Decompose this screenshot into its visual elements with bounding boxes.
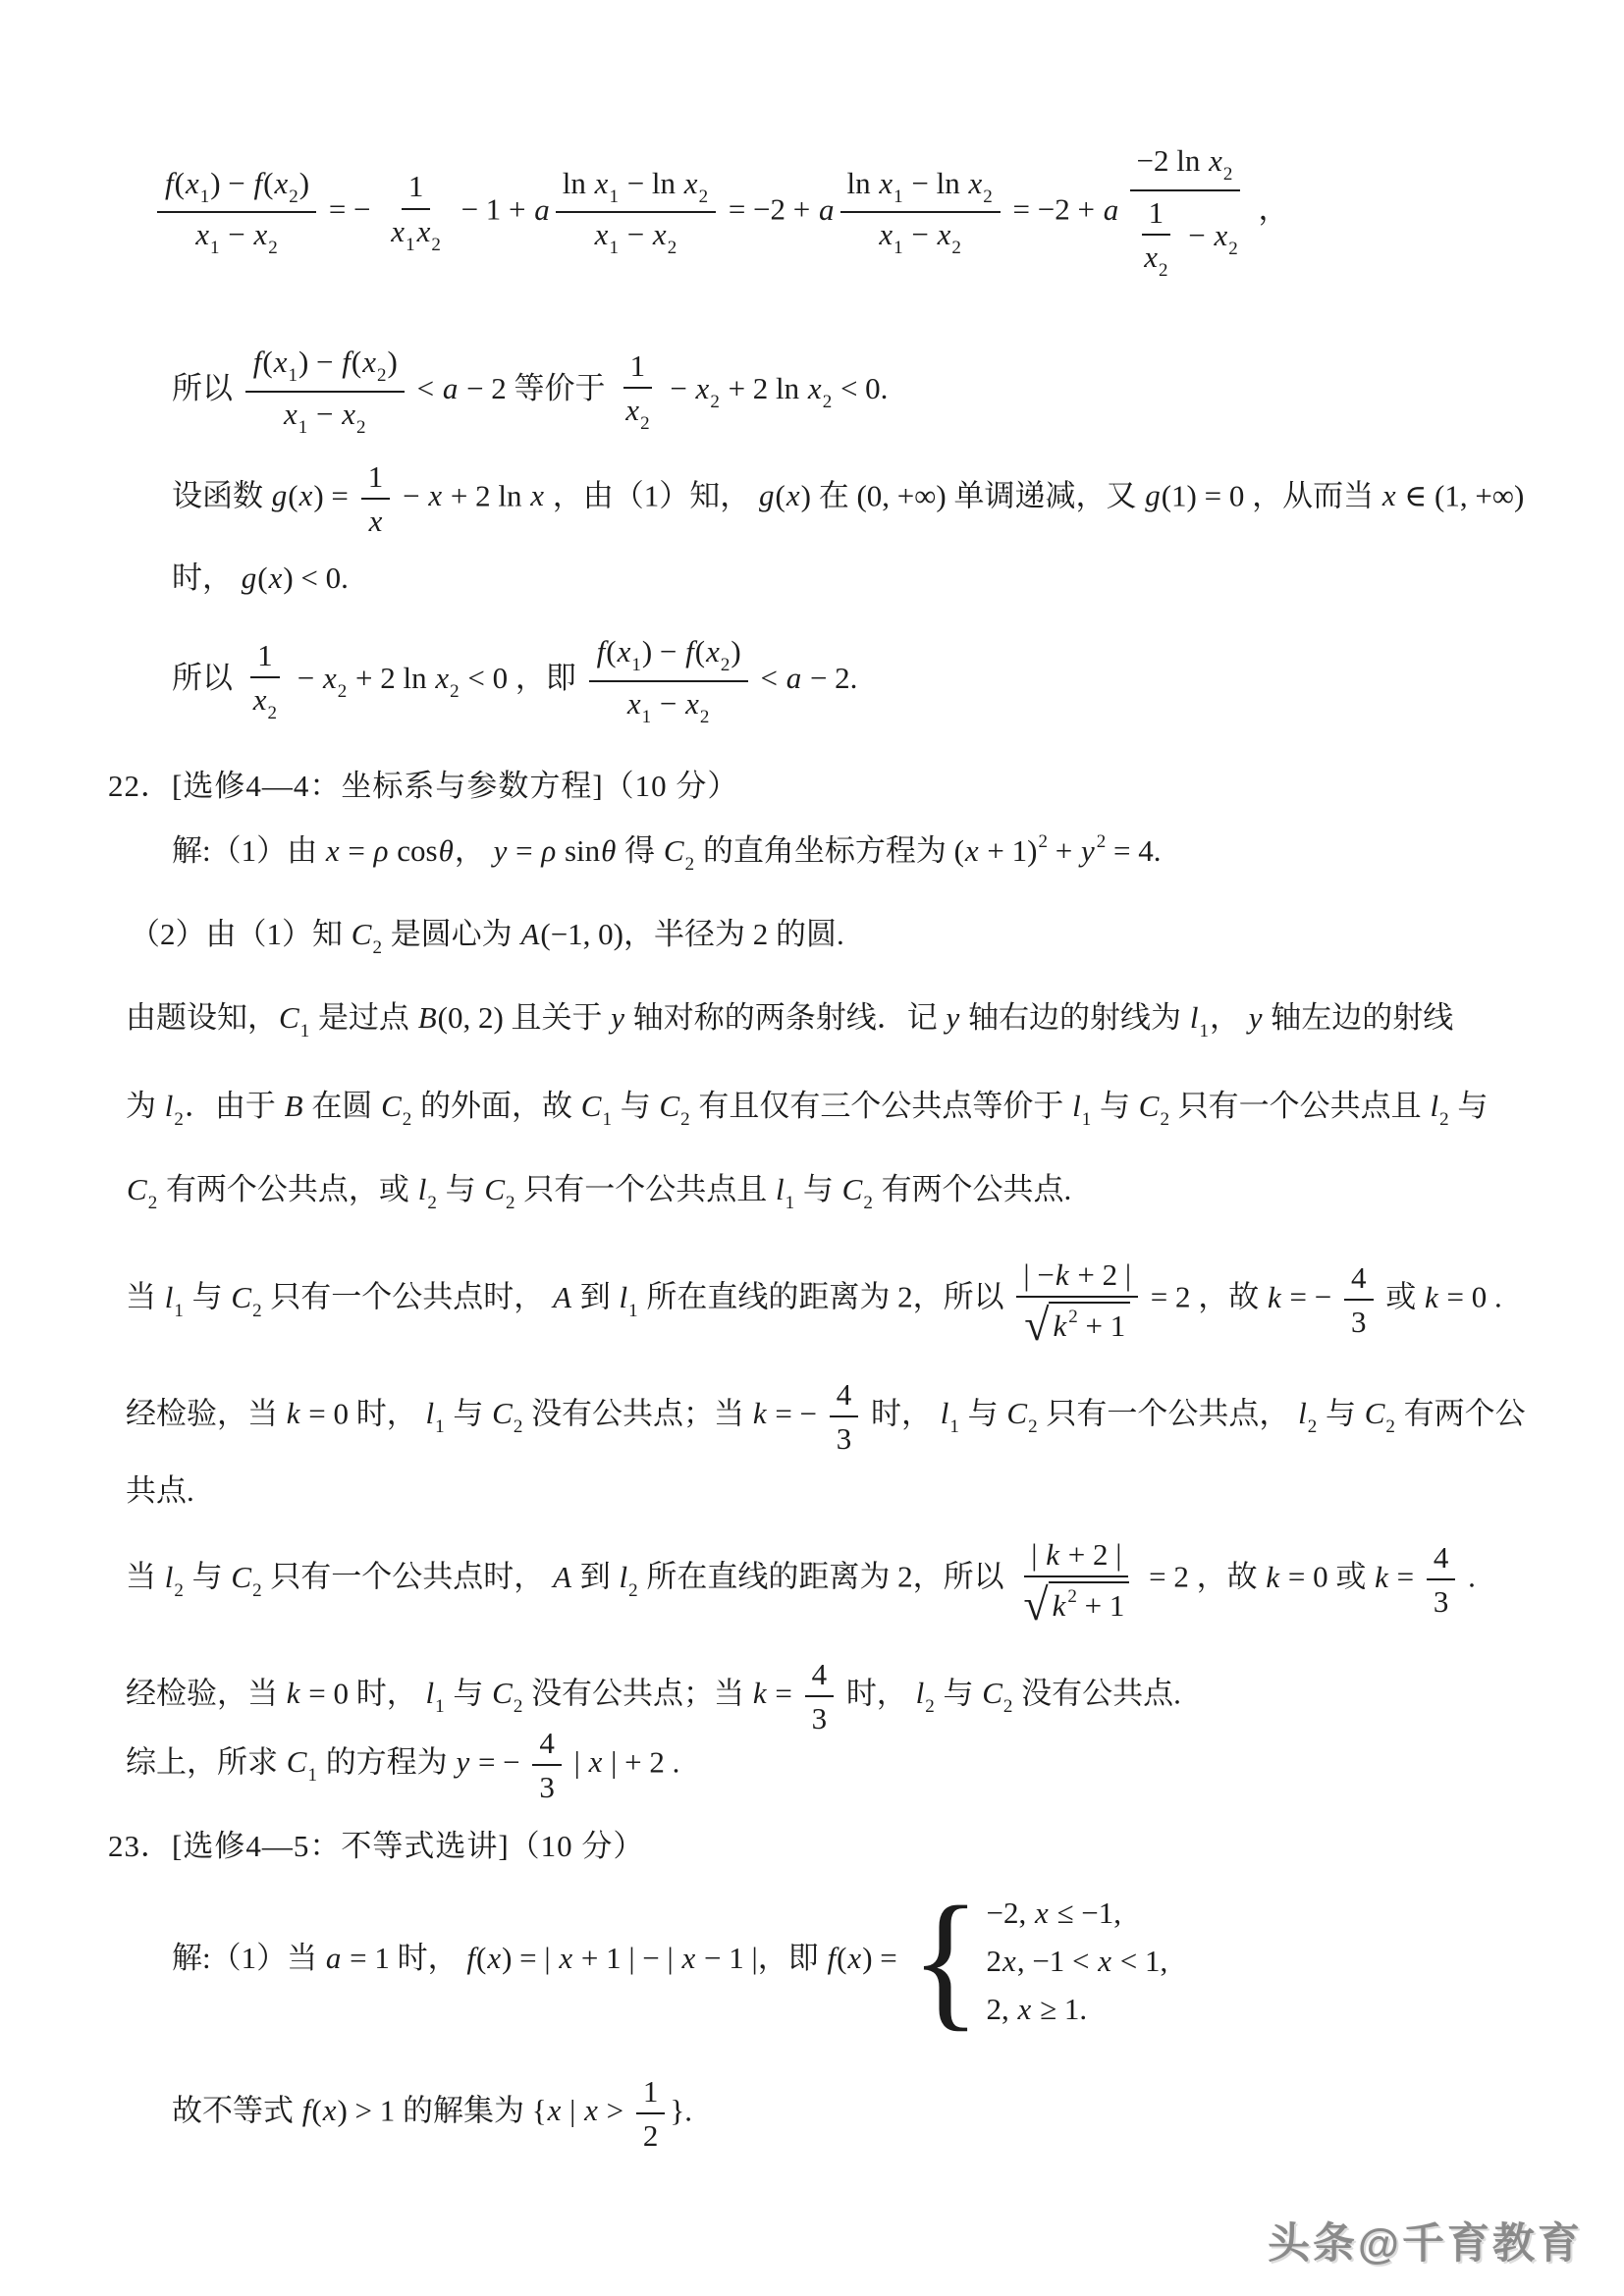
math-radicand: k2 + 1 — [1049, 1581, 1130, 1624]
math-subscript: 1 — [200, 187, 211, 207]
math-text: | — [567, 1744, 588, 1779]
math-variable: g — [758, 478, 776, 512]
math-subscript: 2 — [721, 655, 731, 675]
math-numerator: 1 — [636, 2073, 666, 2114]
math-text: 只有一个公共点且 — [516, 1172, 776, 1206]
math-text: ) = — [862, 1941, 904, 1975]
math-variable: x — [1381, 478, 1397, 512]
math-text: 设函数 — [172, 478, 271, 512]
math-numerator: f(x1) − f(x2) — [157, 165, 316, 214]
math-text: 与 — [185, 1280, 231, 1314]
math-text: 1 — [257, 638, 273, 672]
math-variable: x — [529, 478, 545, 512]
math-variable: C — [230, 1280, 252, 1314]
math-text: − — [652, 686, 684, 721]
math-subscript: 2 — [268, 238, 279, 258]
math-text: + 2 ln — [721, 371, 807, 405]
math-text: ) — [388, 345, 398, 379]
math-text: 所在直线的距离为 2，所以 — [639, 1280, 1012, 1314]
math-text: = — [768, 1676, 800, 1710]
math-subscript: 1 — [174, 1301, 185, 1321]
math-subscript: 2 — [1439, 1109, 1450, 1130]
math-variable: l — [164, 1560, 175, 1594]
math-text: (−1, 0)，半径为 2 的圆. — [540, 917, 843, 951]
math-denominator: x1 − x2 — [276, 393, 374, 440]
math-fraction: 1x1x2 — [383, 168, 449, 256]
math-superscript: 2 — [1067, 1307, 1078, 1327]
math-subscript: 2 — [1308, 1416, 1319, 1437]
math-numerator: 1 — [250, 637, 280, 678]
math-variable: x — [322, 661, 338, 695]
math-variable: k — [752, 1396, 768, 1430]
math-text: （2）由（1）知 — [130, 917, 351, 951]
math-variable: x — [1143, 240, 1159, 274]
math-denominator: 3 — [830, 1417, 859, 1457]
math-numerator: 4 — [1427, 1539, 1456, 1580]
math-subscript: 1 — [1199, 1021, 1210, 1041]
math-numerator: ln x1 − ln x2 — [840, 165, 1001, 214]
math-text: 是圆心为 — [383, 917, 520, 951]
math-variable: k — [752, 1676, 768, 1710]
math-variable: x — [807, 371, 823, 405]
formula-line-11: C2 有两个公共点，或 l2 与 C2 只有一个公共点且 l1 与 C2 有两个… — [126, 1171, 1071, 1215]
math-text: 是过点 — [310, 1000, 417, 1035]
math-variable: k — [1267, 1280, 1282, 1314]
math-variable: C — [580, 1089, 603, 1123]
math-variable: x — [268, 561, 284, 595]
math-variable: x — [283, 397, 298, 431]
math-subscript: 2 — [431, 235, 442, 255]
math-text: 到 — [572, 1560, 619, 1594]
math-subscript: 1 — [609, 238, 620, 258]
math-text: 有两个公共点. — [874, 1172, 1072, 1206]
math-text: 的直角坐标方程为 ( — [695, 833, 964, 868]
math-case-row: 2x, −1 < x < 1, — [987, 1943, 1168, 1981]
math-text: 3 — [812, 1701, 828, 1735]
math-text: 2, — [987, 1992, 1017, 2026]
math-numerator: 4 — [1344, 1259, 1374, 1301]
math-subscript: 1 — [893, 187, 904, 207]
math-text: − — [395, 478, 427, 512]
math-numerator: 1 — [623, 347, 653, 389]
math-text: > — [599, 2093, 631, 2127]
math-text: 解:（1）当 — [172, 1941, 325, 1975]
math-case-row: −2, x ≤ −1, — [987, 1895, 1168, 1933]
formula-line-20: 故不等式 f(x) > 1 的解集为 {x | x > 12}. — [172, 2073, 692, 2154]
math-text: 与 — [1318, 1396, 1364, 1430]
math-variable: C — [230, 1560, 252, 1594]
math-variable: x — [968, 166, 984, 200]
math-variable: g — [1144, 478, 1162, 512]
math-variable: y — [493, 833, 509, 868]
math-text: ) − — [642, 634, 684, 668]
math-text: ( — [257, 561, 267, 595]
math-text: (1) = 0 ，从而当 — [1162, 478, 1381, 512]
math-subscript: 1 — [893, 238, 904, 258]
math-variable: x — [878, 217, 893, 251]
math-text: ( — [311, 2093, 321, 2127]
math-variable: x — [547, 2093, 563, 2127]
math-text: | — [562, 2093, 583, 2127]
math-text: ln — [847, 166, 879, 200]
math-text: + 2 | — [1060, 1537, 1121, 1572]
math-subscript: 2 — [338, 681, 349, 702]
math-text: = — [508, 833, 540, 868]
math-text: ( — [837, 1941, 846, 1975]
math-subscript: 2 — [377, 365, 388, 386]
math-text: = 1 时， — [342, 1941, 465, 1975]
math-variable: B — [417, 1000, 438, 1035]
math-variable: C — [351, 917, 373, 951]
math-text: 只有一个公共点， — [1039, 1396, 1298, 1430]
math-denominator: x2 — [245, 678, 285, 725]
math-text: 时， — [172, 561, 241, 595]
math-subscript: 1 — [298, 417, 309, 438]
math-subscript: 1 — [300, 1021, 311, 1041]
math-denominator: x2 — [1136, 236, 1175, 283]
math-text: 时， — [863, 1396, 940, 1430]
math-subscript: 2 — [1385, 1416, 1396, 1437]
math-subscript: 2 — [668, 238, 678, 258]
math-variable: x — [341, 397, 356, 431]
math-text: | + 2 . — [603, 1744, 679, 1779]
math-text: ( — [262, 345, 272, 379]
math-variable: x — [273, 166, 289, 200]
math-numerator: 1 — [361, 458, 391, 500]
math-text: ln — [563, 166, 594, 200]
math-text: = — [341, 833, 373, 868]
math-fraction: 1x2 — [245, 637, 285, 725]
math-variable: C — [1138, 1089, 1161, 1123]
math-variable: l — [164, 1280, 175, 1314]
math-text: = − — [321, 192, 378, 227]
math-variable: f — [465, 1941, 476, 1975]
math-text: − 2 等价于 — [459, 371, 613, 405]
math-variable: k — [1052, 1588, 1067, 1623]
math-denominator: 3 — [1344, 1301, 1374, 1340]
math-variable: x — [964, 833, 980, 868]
math-fraction: f(x1) − f(x2)x1 − x2 — [157, 165, 316, 261]
math-text: 与 — [185, 1560, 231, 1594]
math-variable: f — [253, 166, 264, 200]
math-subscript: 2 — [427, 1193, 438, 1213]
math-subscript: 1 — [631, 655, 642, 675]
math-text: ( — [288, 478, 298, 512]
formula-line-7: 解:（1）由 x = ρ cosθ， y = ρ sinθ 得 C2 的直角坐标… — [172, 830, 1161, 877]
math-fraction: 43 — [532, 1725, 562, 1805]
math-text: − 1 + — [454, 192, 533, 227]
math-cases: {−2, x ≤ −1,2x, −1 < x < 1,2, x ≥ 1. — [911, 1895, 1168, 2028]
math-denominator: x1x2 — [383, 210, 449, 257]
math-variable: x — [846, 1941, 862, 1975]
math-text: −2, — [987, 1896, 1034, 1930]
math-variable: x — [1001, 1944, 1017, 1978]
math-variable: f — [684, 634, 695, 668]
math-text: − — [308, 397, 341, 431]
math-superscript: 2 — [1066, 1586, 1077, 1607]
math-text: −2 ln — [1137, 143, 1209, 178]
math-variable: x — [558, 1941, 573, 1975]
math-text: 3 — [539, 1770, 555, 1804]
math-subscript: 2 — [148, 1193, 159, 1213]
math-text: − — [221, 217, 253, 251]
math-variable: C — [491, 1676, 514, 1710]
math-text: ， — [1251, 192, 1289, 227]
math-text: = — [1389, 1560, 1422, 1594]
radical-sign-icon: √ — [1023, 1583, 1048, 1627]
math-text: 1 — [1149, 195, 1164, 230]
math-subscript: 2 — [252, 1580, 263, 1601]
math-variable: f — [596, 634, 607, 668]
math-subscript: 2 — [514, 1696, 524, 1717]
math-variable: x — [1097, 1944, 1112, 1978]
math-subscript: 2 — [628, 1580, 639, 1601]
math-subscript: 2 — [1160, 1109, 1170, 1130]
math-variable: k — [286, 1676, 301, 1710]
math-text: 4 — [539, 1726, 555, 1760]
math-text: | — [1031, 1537, 1045, 1572]
math-variable: C — [841, 1172, 864, 1206]
math-subscript: 2 — [174, 1109, 185, 1130]
math-subscript: 1 — [435, 1696, 446, 1717]
math-text: 2 — [987, 1944, 1002, 1978]
math-variable: k — [286, 1396, 301, 1430]
math-subscript: 1 — [609, 187, 620, 207]
math-text: ( — [606, 634, 616, 668]
math-variable: k — [1045, 1537, 1060, 1572]
math-subscript: 1 — [628, 1301, 639, 1321]
math-text: ( — [476, 1941, 486, 1975]
math-variable: l — [619, 1280, 629, 1314]
math-variable: l — [164, 1089, 175, 1123]
math-text: + 1) — [980, 833, 1038, 868]
math-text: (0, 2) 且关于 — [438, 1000, 611, 1035]
math-variable: g — [271, 478, 289, 512]
formula-line-1: f(x1) − f(x2)x1 − x2 = − 1x1x2 − 1 + aln… — [152, 142, 1289, 283]
math-text: 当 — [126, 1560, 164, 1594]
math-numerator: | k + 2 | — [1024, 1536, 1128, 1577]
math-variable: x — [273, 345, 289, 379]
math-subscript: 2 — [1159, 260, 1169, 281]
math-text: = − — [768, 1396, 825, 1430]
math-fraction: 1x2 — [1136, 194, 1175, 283]
math-subscript: 2 — [403, 1109, 413, 1130]
math-variable: y — [1248, 1000, 1264, 1035]
math-text: 1 — [408, 169, 424, 203]
math-subscript: 1 — [642, 707, 653, 727]
math-fraction: 1x2 — [618, 347, 657, 436]
math-superscript: 2 — [1037, 831, 1048, 852]
question-22-heading: 22．[选修4—4：坐标系与参数方程]（10 分） — [108, 768, 738, 806]
math-variable: C — [286, 1744, 308, 1779]
math-denominator: 3 — [1427, 1580, 1456, 1620]
math-text: | − — [1023, 1257, 1054, 1292]
math-subscript: 2 — [640, 413, 651, 434]
math-variable: C — [1005, 1396, 1028, 1430]
math-variable: A — [552, 1280, 572, 1314]
math-variable: x — [486, 1941, 502, 1975]
math-text: ) > 1 的解集为 { — [337, 2093, 546, 2127]
math-text: 轴对称的两条射线．记 — [625, 1000, 946, 1035]
math-denominator: x1 − x2 — [188, 213, 286, 260]
math-text: < 0. — [833, 371, 888, 405]
math-text: 的方程为 — [318, 1744, 456, 1779]
math-subscript: 2 — [174, 1580, 185, 1601]
math-variable: f — [252, 345, 263, 379]
math-text: 或 — [1379, 1280, 1425, 1314]
math-text: < 1, — [1112, 1944, 1167, 1978]
math-fraction: f(x1) − f(x2)x1 − x2 — [245, 344, 405, 440]
math-text: < 0 ，即 — [460, 661, 584, 695]
math-text: ( — [352, 345, 361, 379]
math-denominator: 3 — [532, 1766, 562, 1805]
math-variable: x — [1034, 1896, 1050, 1930]
math-fraction: −2 ln x21x2 − x2 — [1124, 142, 1246, 283]
math-subscript: 2 — [252, 1301, 263, 1321]
math-numerator: 1 — [402, 168, 431, 209]
math-text: + 2 ln — [348, 661, 434, 695]
math-numerator: | −k + 2 | — [1016, 1256, 1138, 1298]
math-text: = −2 + — [1005, 192, 1103, 227]
math-variable: l — [417, 1172, 428, 1206]
math-variable: a — [442, 371, 460, 405]
math-variable: A — [519, 917, 540, 951]
math-subscript: 2 — [268, 703, 279, 723]
math-text: 解:（1）由 — [172, 833, 325, 868]
math-text: = 4. — [1106, 833, 1161, 868]
math-variable: x — [434, 661, 450, 695]
math-text: + 1 | − | — [573, 1941, 680, 1975]
math-variable: a — [785, 661, 803, 695]
math-text: 有且仅有三个公共点等价于 — [691, 1089, 1072, 1123]
math-text: ) − — [210, 166, 252, 200]
math-variable: x — [652, 217, 668, 251]
math-subscript: 2 — [925, 1696, 936, 1717]
math-variable: x — [684, 686, 700, 721]
question-23-heading: 23．[选修4—5：不等式选讲]（10 分） — [108, 1828, 644, 1866]
math-text: − — [1181, 218, 1214, 252]
math-variable: x — [1017, 1992, 1033, 2026]
math-text: 与 — [1450, 1089, 1489, 1123]
math-variable: x — [298, 478, 314, 512]
math-text: 1 — [643, 2074, 659, 2109]
math-variable: x — [390, 214, 406, 248]
math-text: ) 在 (0, +∞) 单调递减，又 — [801, 478, 1145, 512]
math-text: 只有一个公共点时， — [263, 1280, 553, 1314]
math-superscript: 2 — [1096, 831, 1107, 852]
math-variable: k — [1265, 1560, 1280, 1594]
math-subscript: 2 — [710, 392, 721, 412]
math-variable: ρ — [540, 833, 557, 868]
math-variable: C — [663, 833, 685, 868]
math-text: = 2 ，故 — [1141, 1560, 1265, 1594]
math-text: 与 — [1092, 1089, 1138, 1123]
math-text: 1 — [630, 348, 646, 383]
math-subscript: 2 — [506, 1193, 516, 1213]
math-subscript: 1 — [406, 235, 416, 255]
formula-line-12: 当 l1 与 C2 只有一个公共点时， A 到 l1 所在直线的距离为 2，所以… — [126, 1256, 1502, 1344]
math-text: < — [753, 661, 785, 695]
math-text: = − — [1282, 1280, 1339, 1314]
math-variable: x — [705, 634, 721, 668]
math-cases-rows: −2, x ≤ −1,2x, −1 < x < 1,2, x ≥ 1. — [987, 1895, 1168, 2028]
math-numerator: f(x1) − f(x2) — [589, 633, 748, 682]
math-text: 与 — [613, 1089, 659, 1123]
formula-line-8: （2）由（1）知 C2 是圆心为 A(−1, 0)，半径为 2 的圆. — [130, 916, 844, 960]
math-variable: x — [322, 2093, 338, 2127]
math-variable: x — [683, 166, 699, 200]
math-numerator: f(x1) − f(x2) — [245, 344, 405, 393]
math-numerator: ln x1 − ln x2 — [556, 165, 716, 214]
math-text: ≤ −1, — [1050, 1896, 1121, 1930]
math-variable: l — [940, 1396, 950, 1430]
math-fraction: 43 — [1344, 1259, 1374, 1340]
math-variable: x — [695, 371, 711, 405]
math-text: − 2. — [802, 661, 857, 695]
math-text: 1 — [368, 459, 384, 494]
math-text: ．由于 — [185, 1089, 284, 1123]
math-text: = −2 + — [721, 192, 818, 227]
math-subscript: 1 — [210, 238, 221, 258]
math-variable: C — [278, 1000, 300, 1035]
math-variable: θ — [438, 833, 455, 868]
math-text: ) − — [298, 345, 341, 379]
math-fraction: f(x1) − f(x2)x1 − x2 — [589, 633, 748, 729]
math-subscript: 2 — [685, 854, 696, 875]
math-fraction: | k + 2 |√k2 + 1 — [1016, 1536, 1136, 1624]
math-text: 在圆 — [304, 1089, 381, 1123]
math-text: 4 — [1434, 1540, 1449, 1575]
math-variable: f — [164, 166, 175, 200]
math-variable: x — [626, 686, 642, 721]
math-text: < — [409, 371, 442, 405]
math-subscript: 2 — [372, 937, 383, 958]
math-subscript: 1 — [1082, 1109, 1093, 1130]
formula-line-19: 解:（1）当 a = 1 时， f(x) = | x + 1 | − | x −… — [172, 1895, 1167, 2028]
math-text: 3 — [1351, 1305, 1367, 1339]
math-variable: x — [416, 214, 432, 248]
math-variable: f — [341, 345, 352, 379]
math-sqrt: √k2 + 1 — [1024, 1301, 1130, 1344]
math-text: 所在直线的距离为 2，所以 — [639, 1560, 1012, 1594]
formula-line-2: 所以 f(x1) − f(x2)x1 − x2 < a − 2 等价于 1x2 … — [172, 344, 888, 440]
math-variable: C — [126, 1172, 148, 1206]
math-variable: x — [624, 393, 640, 427]
math-variable: x — [427, 478, 443, 512]
math-text: ) — [731, 634, 740, 668]
math-text: ) — [299, 166, 309, 200]
math-subscript: 2 — [680, 1109, 691, 1130]
math-variable: C — [1364, 1396, 1386, 1430]
math-variable: x — [185, 166, 200, 200]
math-text: = 0 时， — [301, 1396, 425, 1430]
math-text: 没有公共点；当 — [523, 1676, 752, 1710]
math-text: 与 — [446, 1676, 492, 1710]
math-variable: y — [610, 1000, 625, 1035]
math-variable: C — [491, 1396, 514, 1430]
math-subscript: 2 — [1028, 1416, 1039, 1437]
math-text: 与 — [438, 1172, 484, 1206]
math-denominator: 3 — [805, 1697, 835, 1736]
math-variable: l — [1071, 1089, 1082, 1123]
math-text: 轴右边的射线为 — [960, 1000, 1189, 1035]
math-text: − — [290, 661, 322, 695]
math-subscript: 2 — [823, 392, 834, 412]
math-subscript: 1 — [785, 1193, 796, 1213]
math-variable: y — [1080, 833, 1096, 868]
math-text: − ln — [904, 166, 968, 200]
formula-line-14: 共点. — [126, 1472, 194, 1511]
